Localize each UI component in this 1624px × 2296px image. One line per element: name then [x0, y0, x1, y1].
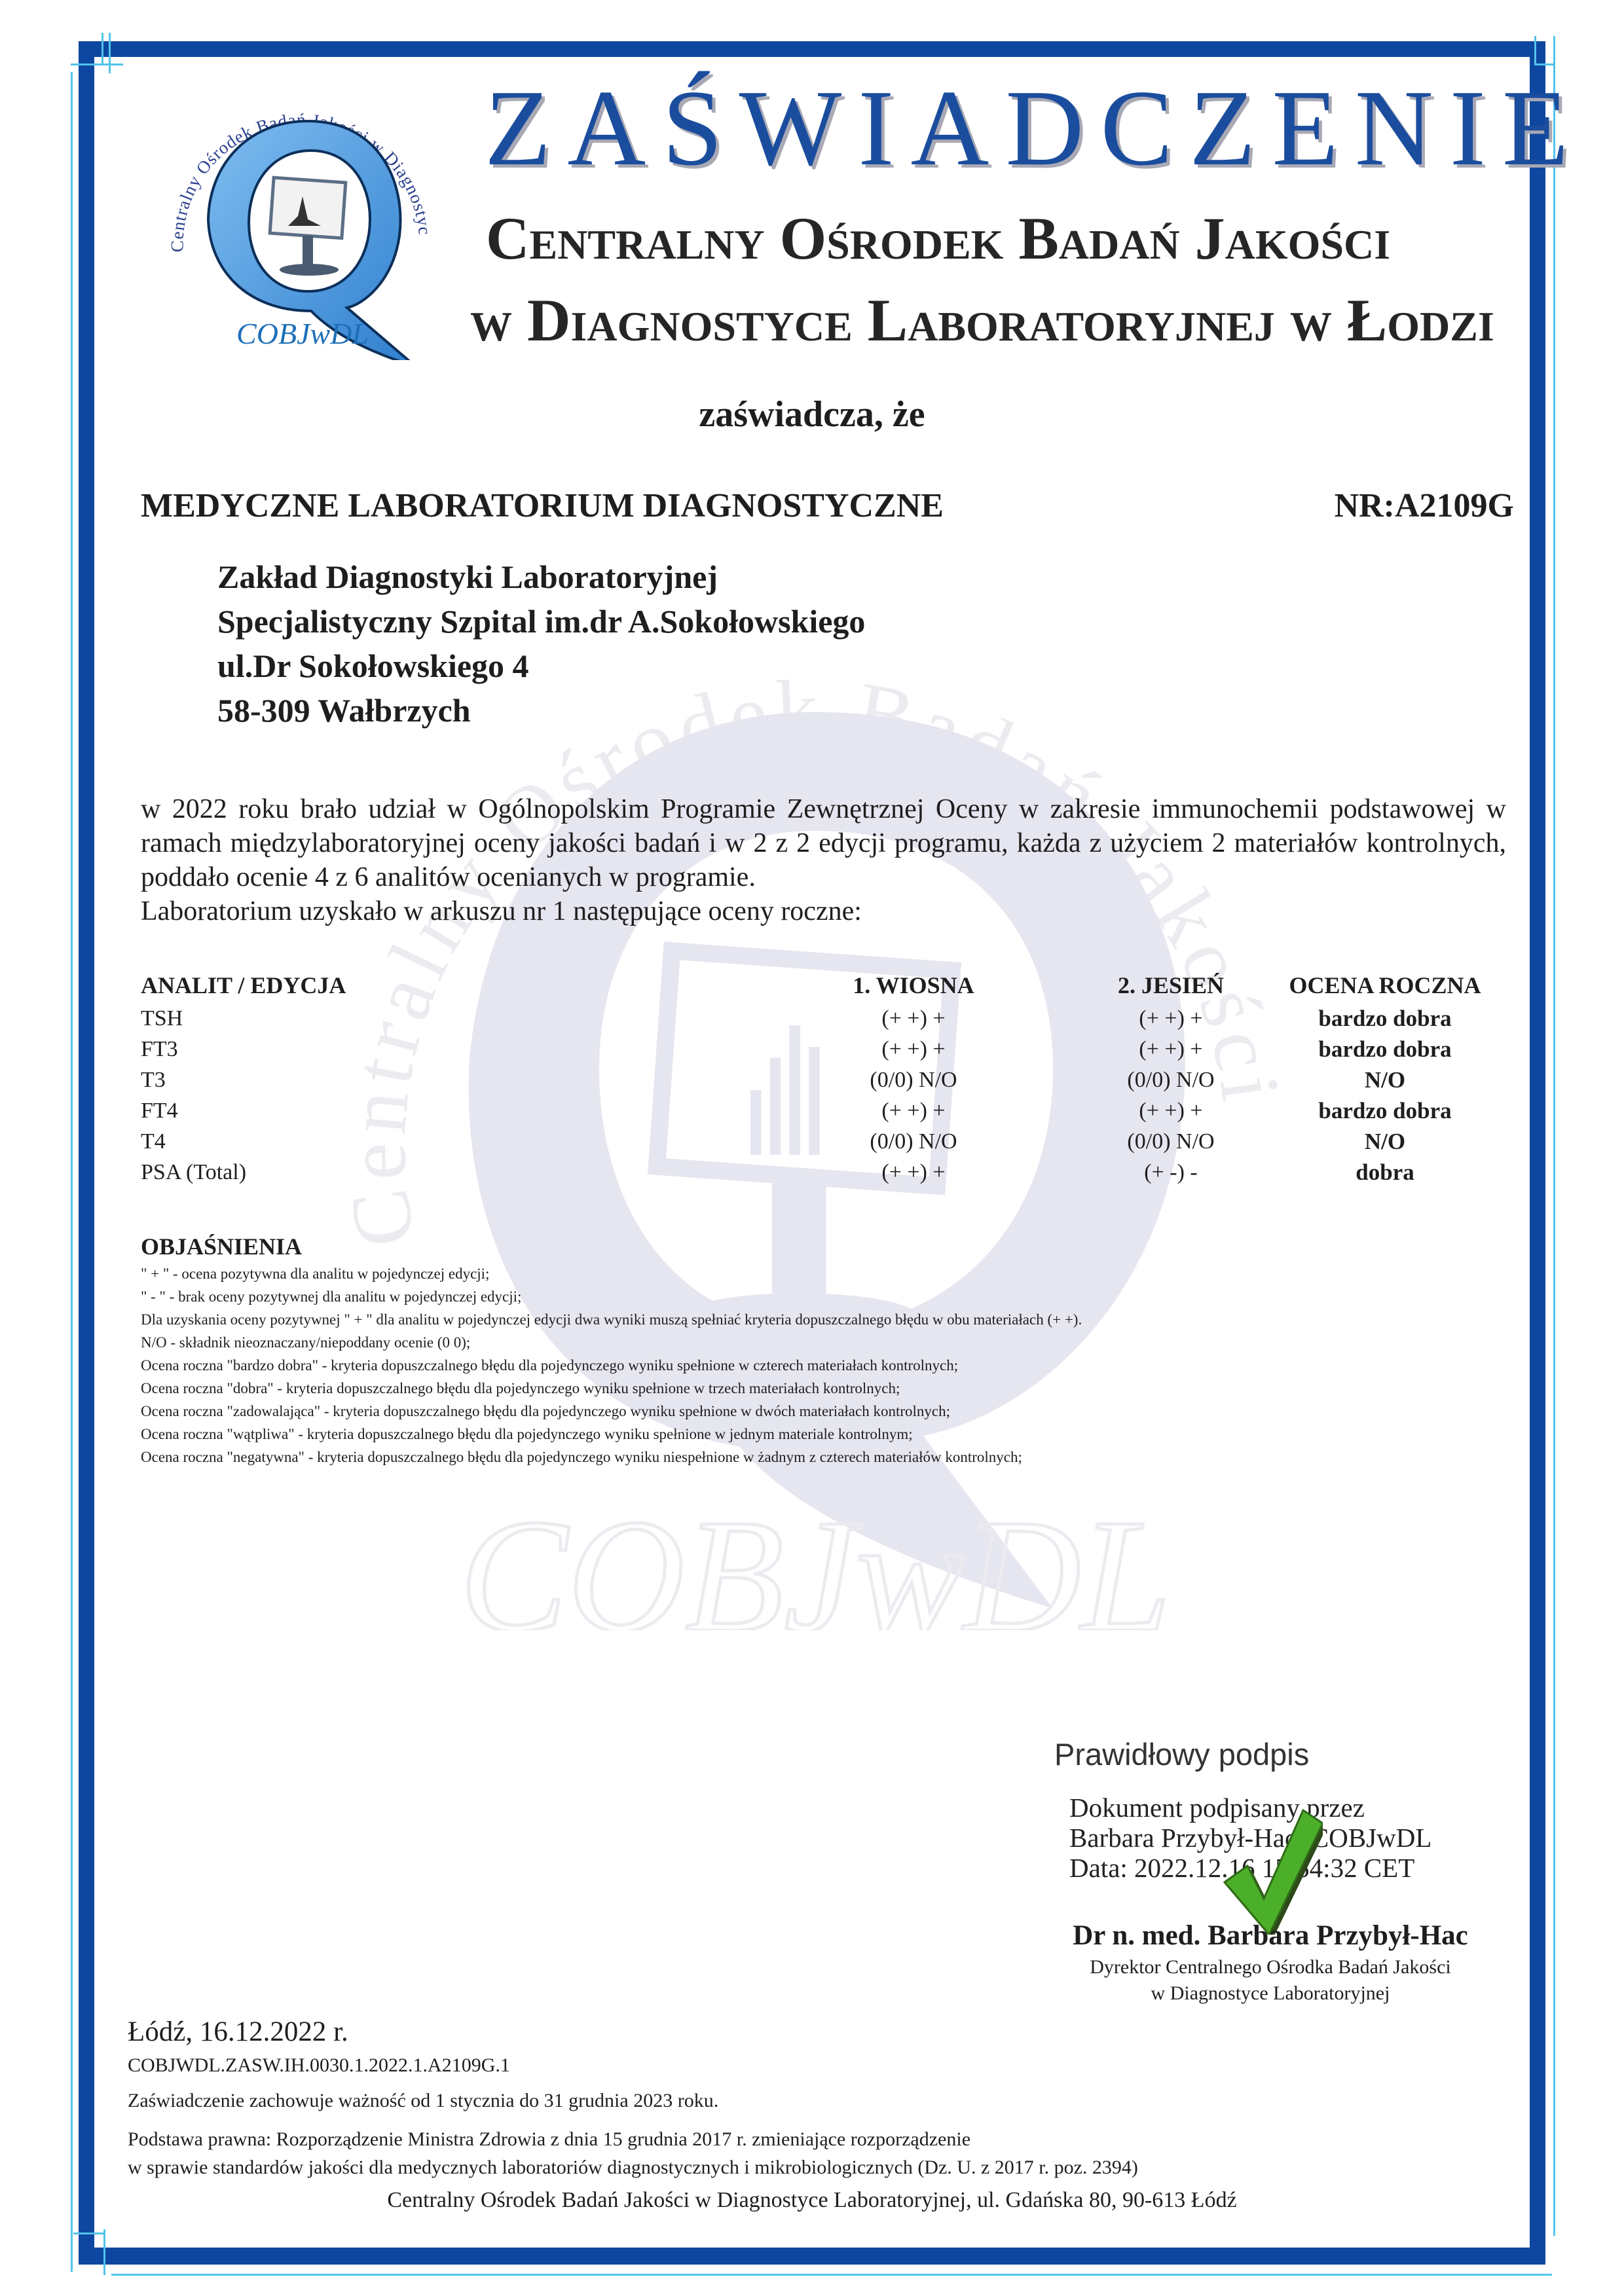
signer-title-line: Dyrektor Centralnego Ośrodka Badań Jakoś…	[1022, 1954, 1519, 1980]
participation-text: w 2022 roku brało udział w Ogólnopolskim…	[141, 792, 1506, 894]
autumn-result-cell: (0/0) N/O	[1053, 1126, 1289, 1157]
header-analyte: ANALIT / EDYCJA	[141, 968, 346, 1003]
certifies-text: zaświadcza, że	[0, 396, 1624, 433]
laboratory-address: Zakład Diagnostyki Laboratoryjnej Specja…	[217, 555, 865, 733]
watermark-wordmark: COBJwDL	[460, 1485, 1171, 1630]
address-line: ul.Dr Sokołowskiego 4	[217, 644, 865, 688]
explanation-line: Ocena roczna "dobra" - kryteria dopuszcz…	[141, 1377, 1506, 1400]
explanations: OBJAŚNIENIA " + " - ocena pozytywna dla …	[141, 1231, 1506, 1468]
explanation-line: N/O - składnik nieoznaczany/niepoddany o…	[141, 1331, 1506, 1354]
autumn-result-cell: (+ +) +	[1053, 1003, 1289, 1034]
address-line: Zakład Diagnostyki Laboratoryjnej	[217, 555, 865, 599]
spring-result-cell: (0/0) N/O	[796, 1065, 1031, 1095]
signer-title-line: w Diagnostyce Laboratoryjnej	[1022, 1980, 1519, 2007]
table-row: FT3(+ +) +(+ +) +bardzo dobra	[141, 1034, 1506, 1065]
frame-right	[1530, 41, 1545, 2265]
laboratory-type: MEDYCZNE LABORATORIUM DIAGNOSTYCZNE	[141, 489, 944, 523]
table-row: PSA (Total)(+ +) +(+ -) -dobra	[141, 1157, 1506, 1188]
analyte-cell: PSA (Total)	[141, 1157, 246, 1188]
frame-accent-right	[1553, 36, 1555, 2236]
table-row: T3(0/0) N/O(0/0) N/ON/O	[141, 1065, 1506, 1095]
spring-result-cell: (+ +) +	[796, 1003, 1031, 1034]
explanations-title: OBJAŚNIENIA	[141, 1231, 1506, 1262]
legal-basis-line: w sprawie standardów jakości dla medyczn…	[128, 2153, 1138, 2181]
cobjwdl-logo-icon: Centralny Ośrodek Badań Jakości w Diagno…	[131, 85, 471, 360]
annual-grade-cell: N/O	[1254, 1065, 1516, 1095]
document-title: ZAŚWIADCZENIE	[485, 73, 1585, 182]
analyte-cell: FT4	[141, 1095, 178, 1126]
spring-result-cell: (+ +) +	[796, 1095, 1031, 1126]
analyte-cell: FT3	[141, 1034, 178, 1065]
table-row: TSH(+ +) +(+ +) +bardzo dobra	[141, 1003, 1506, 1034]
header-autumn: 2. JESIEŃ	[1053, 968, 1289, 1003]
analyte-cell: T3	[141, 1065, 166, 1095]
header-annual: OCENA ROCZNA	[1254, 968, 1516, 1003]
spring-result-cell: (+ +) +	[796, 1034, 1031, 1065]
annual-grade-cell: dobra	[1254, 1157, 1516, 1188]
spring-result-cell: (+ +) +	[796, 1157, 1031, 1188]
annual-grade-cell: bardzo dobra	[1254, 1003, 1516, 1034]
explanation-line: Ocena roczna "negatywna" - kryteria dopu…	[141, 1446, 1506, 1468]
autumn-result-cell: (+ +) +	[1053, 1095, 1289, 1126]
explanation-line: Ocena roczna "zadowalająca" - kryteria d…	[141, 1400, 1506, 1423]
explanation-line: Dla uzyskania oceny pozytywnej " + " dla…	[141, 1308, 1506, 1331]
annual-grade-cell: N/O	[1254, 1126, 1516, 1157]
table-row: T4(0/0) N/O(0/0) N/ON/O	[141, 1126, 1506, 1157]
frame-left	[79, 41, 94, 2265]
issuer-name-line-2: w Diagnostyce Laboratoryjnej w Łodzi	[470, 290, 1494, 350]
address-line: Specjalistyczny Szpital im.dr A.Sokołows…	[217, 599, 865, 644]
address-line: 58-309 Wałbrzych	[217, 688, 865, 733]
logo-wordmark: COBJwDL	[236, 317, 369, 350]
signer-name: Dr n. med. Barbara Przybył-Hac	[1022, 1922, 1519, 1950]
annual-grade-cell: bardzo dobra	[1254, 1034, 1516, 1065]
analyte-cell: TSH	[141, 1003, 183, 1034]
validity-statement: Zaświadczenie zachowuje ważność od 1 sty…	[128, 2091, 718, 2111]
analyte-cell: T4	[141, 1126, 166, 1157]
explanation-line: " - " - brak oceny pozytywnej dla analit…	[141, 1285, 1506, 1308]
results-table: ANALIT / EDYCJA 1. WIOSNA 2. JESIEŃ OCEN…	[141, 968, 1506, 1188]
frame-bottom	[79, 2248, 1545, 2265]
results-intro-text: Laboratorium uzyskało w arkuszu nr 1 nas…	[141, 894, 1506, 928]
laboratory-number: NR:A2109G	[1335, 489, 1514, 523]
annual-grade-cell: bardzo dobra	[1254, 1095, 1516, 1126]
autumn-result-cell: (+ -) -	[1053, 1157, 1289, 1188]
legal-basis-line: Podstawa prawna: Rozporządzenie Ministra…	[128, 2125, 1138, 2153]
frame-accent-top-corner	[71, 64, 123, 65]
frame-accent-top-corner-2	[101, 33, 103, 64]
autumn-result-cell: (+ +) +	[1053, 1034, 1289, 1065]
signer-title: Dyrektor Centralnego Ośrodka Badań Jakoś…	[1022, 1954, 1519, 2007]
frame-accent-bl-corner	[73, 2232, 105, 2234]
autumn-result-cell: (0/0) N/O	[1053, 1065, 1289, 1095]
explanation-line: " + " - ocena pozytywna dla analitu w po…	[141, 1262, 1506, 1285]
frame-accent-tr-corner	[1534, 36, 1536, 65]
table-row: FT4(+ +) +(+ +) +bardzo dobra	[141, 1095, 1506, 1126]
frame-top	[79, 41, 1545, 57]
frame-accent-tr-corner-2	[1534, 64, 1555, 65]
frame-accent-top-corner-3	[109, 33, 111, 73]
frame-accent-bottom	[111, 2274, 1552, 2276]
legal-basis: Podstawa prawna: Rozporządzenie Ministra…	[128, 2125, 1138, 2181]
valid-signature-check-icon	[1218, 1804, 1323, 1935]
intro-paragraph: w 2022 roku brało udział w Ogólnopolskim…	[141, 792, 1506, 928]
issuer-name-line-1: Centralny Ośrodek Badań Jakości	[486, 208, 1390, 268]
spring-result-cell: (0/0) N/O	[796, 1126, 1031, 1157]
table-header-row: ANALIT / EDYCJA 1. WIOSNA 2. JESIEŃ OCEN…	[141, 968, 1506, 1003]
header-spring: 1. WIOSNA	[796, 968, 1031, 1003]
explanation-line: Ocena roczna "wątpliwa" - kryteria dopus…	[141, 1423, 1506, 1446]
explanation-line: Ocena roczna "bardzo dobra" - kryteria d…	[141, 1354, 1506, 1377]
frame-accent-bl-corner-2	[103, 2229, 105, 2275]
issuer-address: Centralny Ośrodek Badań Jakości w Diagno…	[0, 2189, 1624, 2212]
signature-status: Prawidłowy podpis	[1054, 1739, 1309, 1770]
document-reference: COBJWDL.ZASW.IH.0030.1.2022.1.A2109G.1	[128, 2056, 510, 2075]
place-and-date: Łódź, 16.12.2022 r.	[128, 2018, 348, 2046]
